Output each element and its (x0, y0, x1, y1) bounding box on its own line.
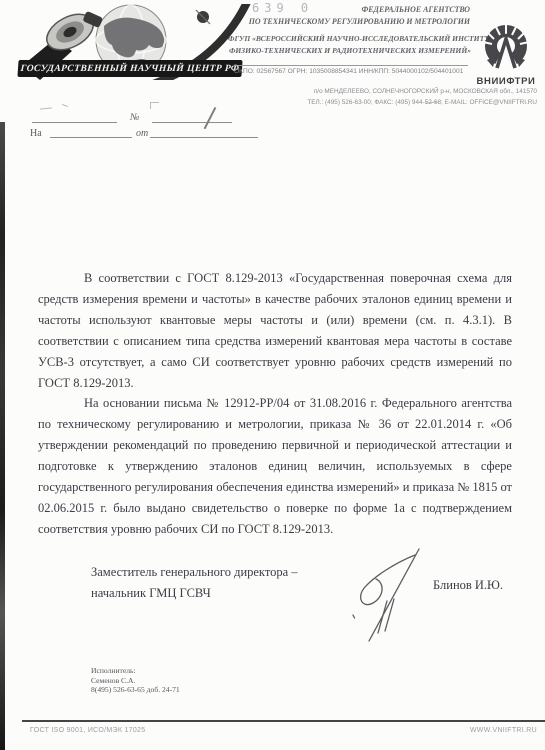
letter-body: В соответствии с ГОСТ 8.129-2013 «Госуда… (38, 268, 512, 540)
number-sign-label: № (130, 112, 139, 123)
letter-paragraph-1: В соответствии с ГОСТ 8.129-2013 «Госуда… (38, 268, 512, 393)
ref-blank-line (32, 122, 117, 123)
handwritten-signature (335, 543, 435, 653)
agency-name: ФЕДЕРАЛЬНОЕ АГЕНТСТВО ПО ТЕХНИЧЕСКОМУ РЕ… (232, 4, 470, 27)
address-block: п/о МЕНДЕЛЕЕВО, СОЛНЕЧНОГОРСКИЙ р-н, МОС… (237, 86, 537, 108)
ref-blank-line (50, 137, 132, 138)
executor-name: Семенов С.А. (91, 676, 180, 686)
pencil-mark (150, 102, 159, 109)
address-line: п/о МЕНДЕЛЕЕВО, СОЛНЕЧНОГОРСКИЙ р-н, МОС… (237, 86, 537, 97)
handwritten-slash-mark (204, 107, 216, 129)
signatory-title: Заместитель генерального директора – нач… (91, 562, 371, 604)
institute-name-line1: ФГУП «ВСЕРОССИЙСКИЙ НАУЧНО-ИССЛЕДОВАТЕЛЬ… (228, 33, 472, 45)
footer-certifications: ГОСТ ISO 9001, ИСО/МЭК 17025 (30, 727, 145, 734)
na-label: На (30, 128, 42, 139)
letter-paragraph-2: На основании письма № 12912-РР/04 от 31.… (38, 393, 512, 539)
executor-block: Исполнитель: Семенов С.А. 8(495) 526-63-… (91, 666, 180, 695)
ref-blank-line (152, 122, 232, 123)
signatory-title-line2: начальник ГМЦ ГСВЧ (91, 583, 371, 604)
agency-name-line2: ПО ТЕХНИЧЕСКОМУ РЕГУЛИРОВАНИЮ И МЕТРОЛОГ… (232, 16, 470, 28)
institute-name-line2: ФИЗИКО-ТЕХНИЧЕСКИХ И РАДИОТЕХНИЧЕСКИХ ИЗ… (228, 45, 472, 57)
ot-label: от (136, 128, 148, 139)
agency-name-line1: ФЕДЕРАЛЬНОЕ АГЕНТСТВО (232, 4, 470, 16)
state-science-center-banner: ГОСУДАРСТВЕННЫЙ НАУЧНЫЙ ЦЕНТР РФ (17, 60, 242, 77)
vniiftri-logo: ВНИИФТРИ (472, 24, 540, 87)
signatory-name: Блинов И.Ю. (433, 578, 503, 593)
footer-website: WWW.VNIIFTRI.RU (470, 727, 537, 734)
footer-rule (22, 720, 545, 722)
header-separator-line (234, 65, 468, 66)
scanned-letter-page: ГОСУДАРСТВЕННЫЙ НАУЧНЫЙ ЦЕНТР РФ 639 0 Ф… (0, 0, 545, 750)
state-science-center-label: ГОСУДАРСТВЕННЫЙ НАУЧНЫЙ ЦЕНТР РФ (20, 63, 240, 74)
gauge-logo-icon (474, 24, 538, 70)
contact-line: ТЕЛ.: (495) 526-63-00; ФАКС: (495) 944-5… (237, 97, 537, 108)
pencil-mark (40, 107, 52, 109)
ref-blank-line (150, 137, 258, 138)
scan-edge-artifact (0, 122, 5, 750)
executor-label: Исполнитель: (91, 666, 180, 676)
registration-numbers: ОКПО: 02567567 ОГРН: 1035008854341 ИНН/К… (234, 68, 470, 75)
signatory-title-line1: Заместитель генерального директора – (91, 562, 371, 583)
pencil-mark (62, 104, 68, 107)
executor-phone: 8(495) 526-63-65 доб. 24-71 (91, 685, 180, 695)
institute-name: ФГУП «ВСЕРОССИЙСКИЙ НАУЧНО-ИССЛЕДОВАТЕЛЬ… (228, 33, 472, 57)
